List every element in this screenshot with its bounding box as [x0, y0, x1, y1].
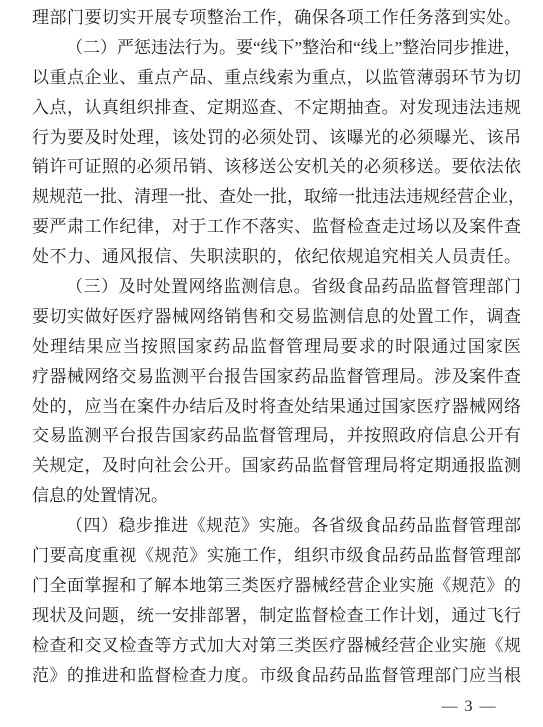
paragraph: （二）严惩违法行为。要“线下”整治和“线上”整治同步推进，以重点企业、重点产品、… — [32, 33, 521, 272]
text-line: 疗器械网络交易监测平台报告国家药品监督管理局。涉及案件查 — [32, 362, 521, 392]
paragraph: 理部门要切实开展专项整治工作，确保各项工作任务落到实处。 — [32, 3, 521, 33]
text-line: 入点，认真组织排查、定期巡查、不定期抽查。对发现违法违规 — [32, 93, 521, 123]
text-line: 要严肃工作纪律，对于工作不落实、监督检查走过场以及案件查 — [32, 212, 521, 242]
text-line: 行为要及时处理，该处罚的必须处罚、该曝光的必须曝光、该吊 — [32, 123, 521, 153]
text-line: 现状及问题，统一安排部署，制定监督检查工作计划，通过飞行 — [32, 601, 521, 631]
text-line: 信息的处置情况。 — [32, 481, 521, 511]
text-line: 规规范一批、清理一批、查处一批，取缔一批违法违规经营企业， — [32, 182, 521, 212]
text-line: 处不力、通风报信、失职渎职的，依纪依规追究相关人员责任。 — [32, 242, 521, 272]
text-line: 处理结果应当按照国家药品监督管理局要求的时限通过国家医 — [32, 332, 521, 362]
text-line: 理部门要切实开展专项整治工作，确保各项工作任务落到实处。 — [32, 3, 521, 33]
paragraph: （四）稳步推进《规范》实施。各省级食品药品监督管理部门要高度重视《规范》实施工作… — [32, 511, 521, 690]
text-line: 范》的推进和监督检查力度。市级食品药品监督管理部门应当根 — [32, 661, 521, 691]
text-line: （三）及时处置网络监测信息。省级食品药品监督管理部门 — [32, 272, 521, 302]
text-line: 处的，应当在案件办结后及时将查处结果通过国家医疗器械网络 — [32, 392, 521, 422]
text-line: 以重点企业、重点产品、重点线索为重点，以监管薄弱环节为切 — [32, 63, 521, 93]
paragraph: （三）及时处置网络监测信息。省级食品药品监督管理部门要切实做好医疗器械网络销售和… — [32, 272, 521, 511]
document-page: 理部门要切实开展专项整治工作，确保各项工作任务落到实处。（二）严惩违法行为。要“… — [0, 0, 543, 727]
text-line: 关规定，及时向社会公开。国家药品监督管理局将定期通报监测 — [32, 451, 521, 481]
text-line: （四）稳步推进《规范》实施。各省级食品药品监督管理部 — [32, 511, 521, 541]
text-line: 交易监测平台报告国家药品监督管理局，并按照政府信息公开有 — [32, 421, 521, 451]
text-line: 销许可证照的必须吊销、该移送公安机关的必须移送。要依法依 — [32, 152, 521, 182]
text-line: （二）严惩违法行为。要“线下”整治和“线上”整治同步推进， — [32, 33, 521, 63]
text-line: 要切实做好医疗器械网络销售和交易监测信息的处置工作，调查 — [32, 302, 521, 332]
text-line: 检查和交叉检查等方式加大对第三类医疗器械经营企业实施《规 — [32, 631, 521, 661]
document-body: 理部门要切实开展专项整治工作，确保各项工作任务落到实处。（二）严惩违法行为。要“… — [32, 3, 521, 690]
text-line: 门全面掌握和了解本地第三类医疗器械经营企业实施《规范》的 — [32, 571, 521, 601]
page-number: — 3 — — [442, 696, 498, 718]
text-line: 门要高度重视《规范》实施工作，组织市级食品药品监督管理部 — [32, 541, 521, 571]
